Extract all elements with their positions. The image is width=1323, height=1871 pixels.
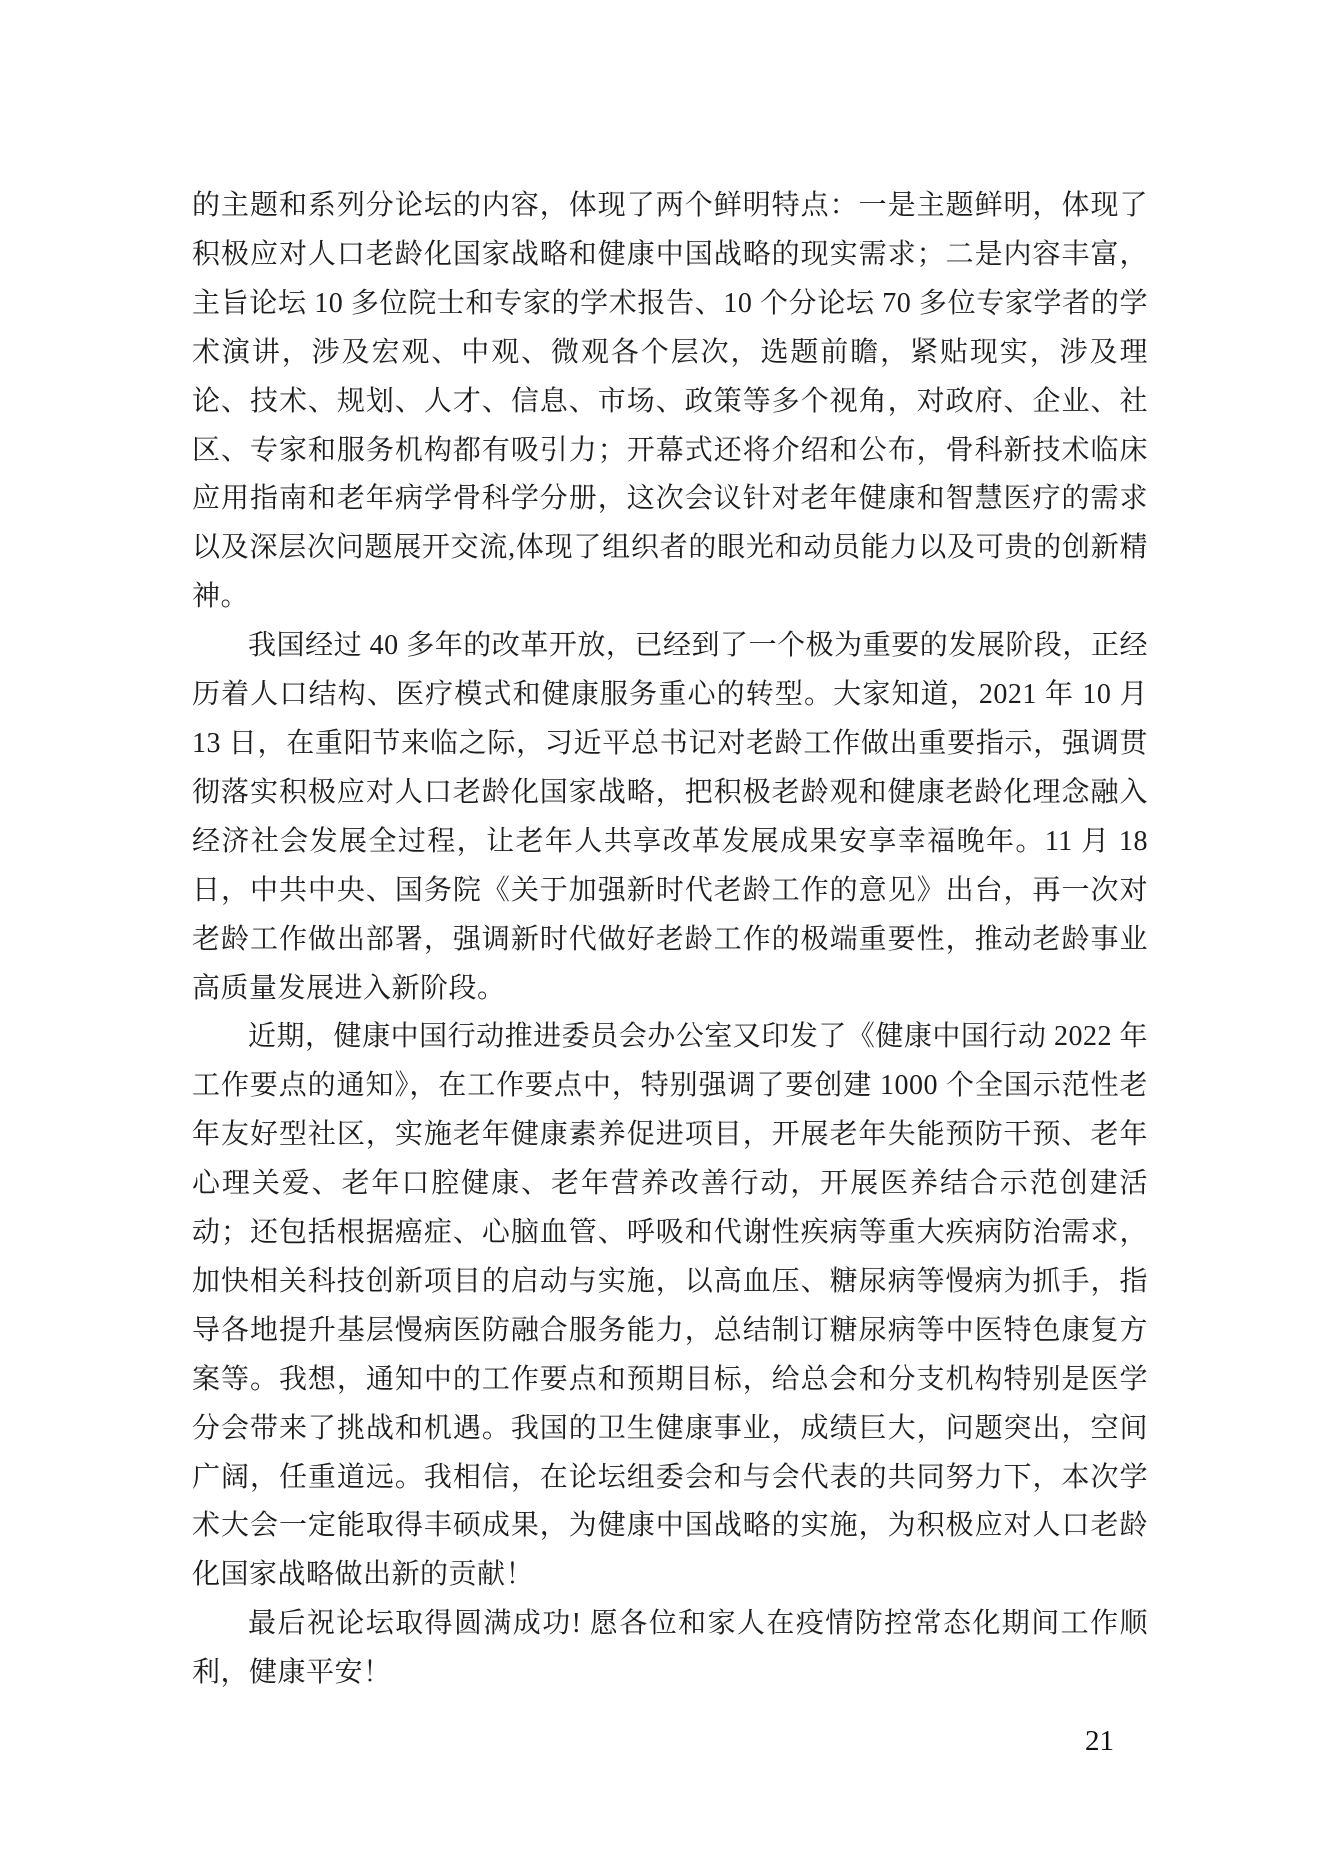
paragraph-continuation: 的主题和系列分论坛的内容，体现了两个鲜明特点：一是主题鲜明，体现了积极应对人口老…: [192, 182, 1148, 622]
paragraph-healthy-china-action: 近期，健康中国行动推进委员会办公室又印发了《健康中国行动 2022 年工作要点的…: [192, 1013, 1148, 1600]
page-number: 21: [1085, 1725, 1114, 1758]
paragraph-reform-era: 我国经过 40 多年的改革开放，已经到了一个极为重要的发展阶段，正经历着人口结构…: [192, 622, 1148, 1013]
paragraph-closing-wishes: 最后祝论坛取得圆满成功! 愿各位和家人在疫情防控常态化期间工作顺利，健康平安！: [192, 1600, 1148, 1698]
document-page: 的主题和系列分论坛的内容，体现了两个鲜明特点：一是主题鲜明，体现了积极应对人口老…: [0, 0, 1323, 1871]
body-text: 的主题和系列分论坛的内容，体现了两个鲜明特点：一是主题鲜明，体现了积极应对人口老…: [192, 182, 1148, 1698]
